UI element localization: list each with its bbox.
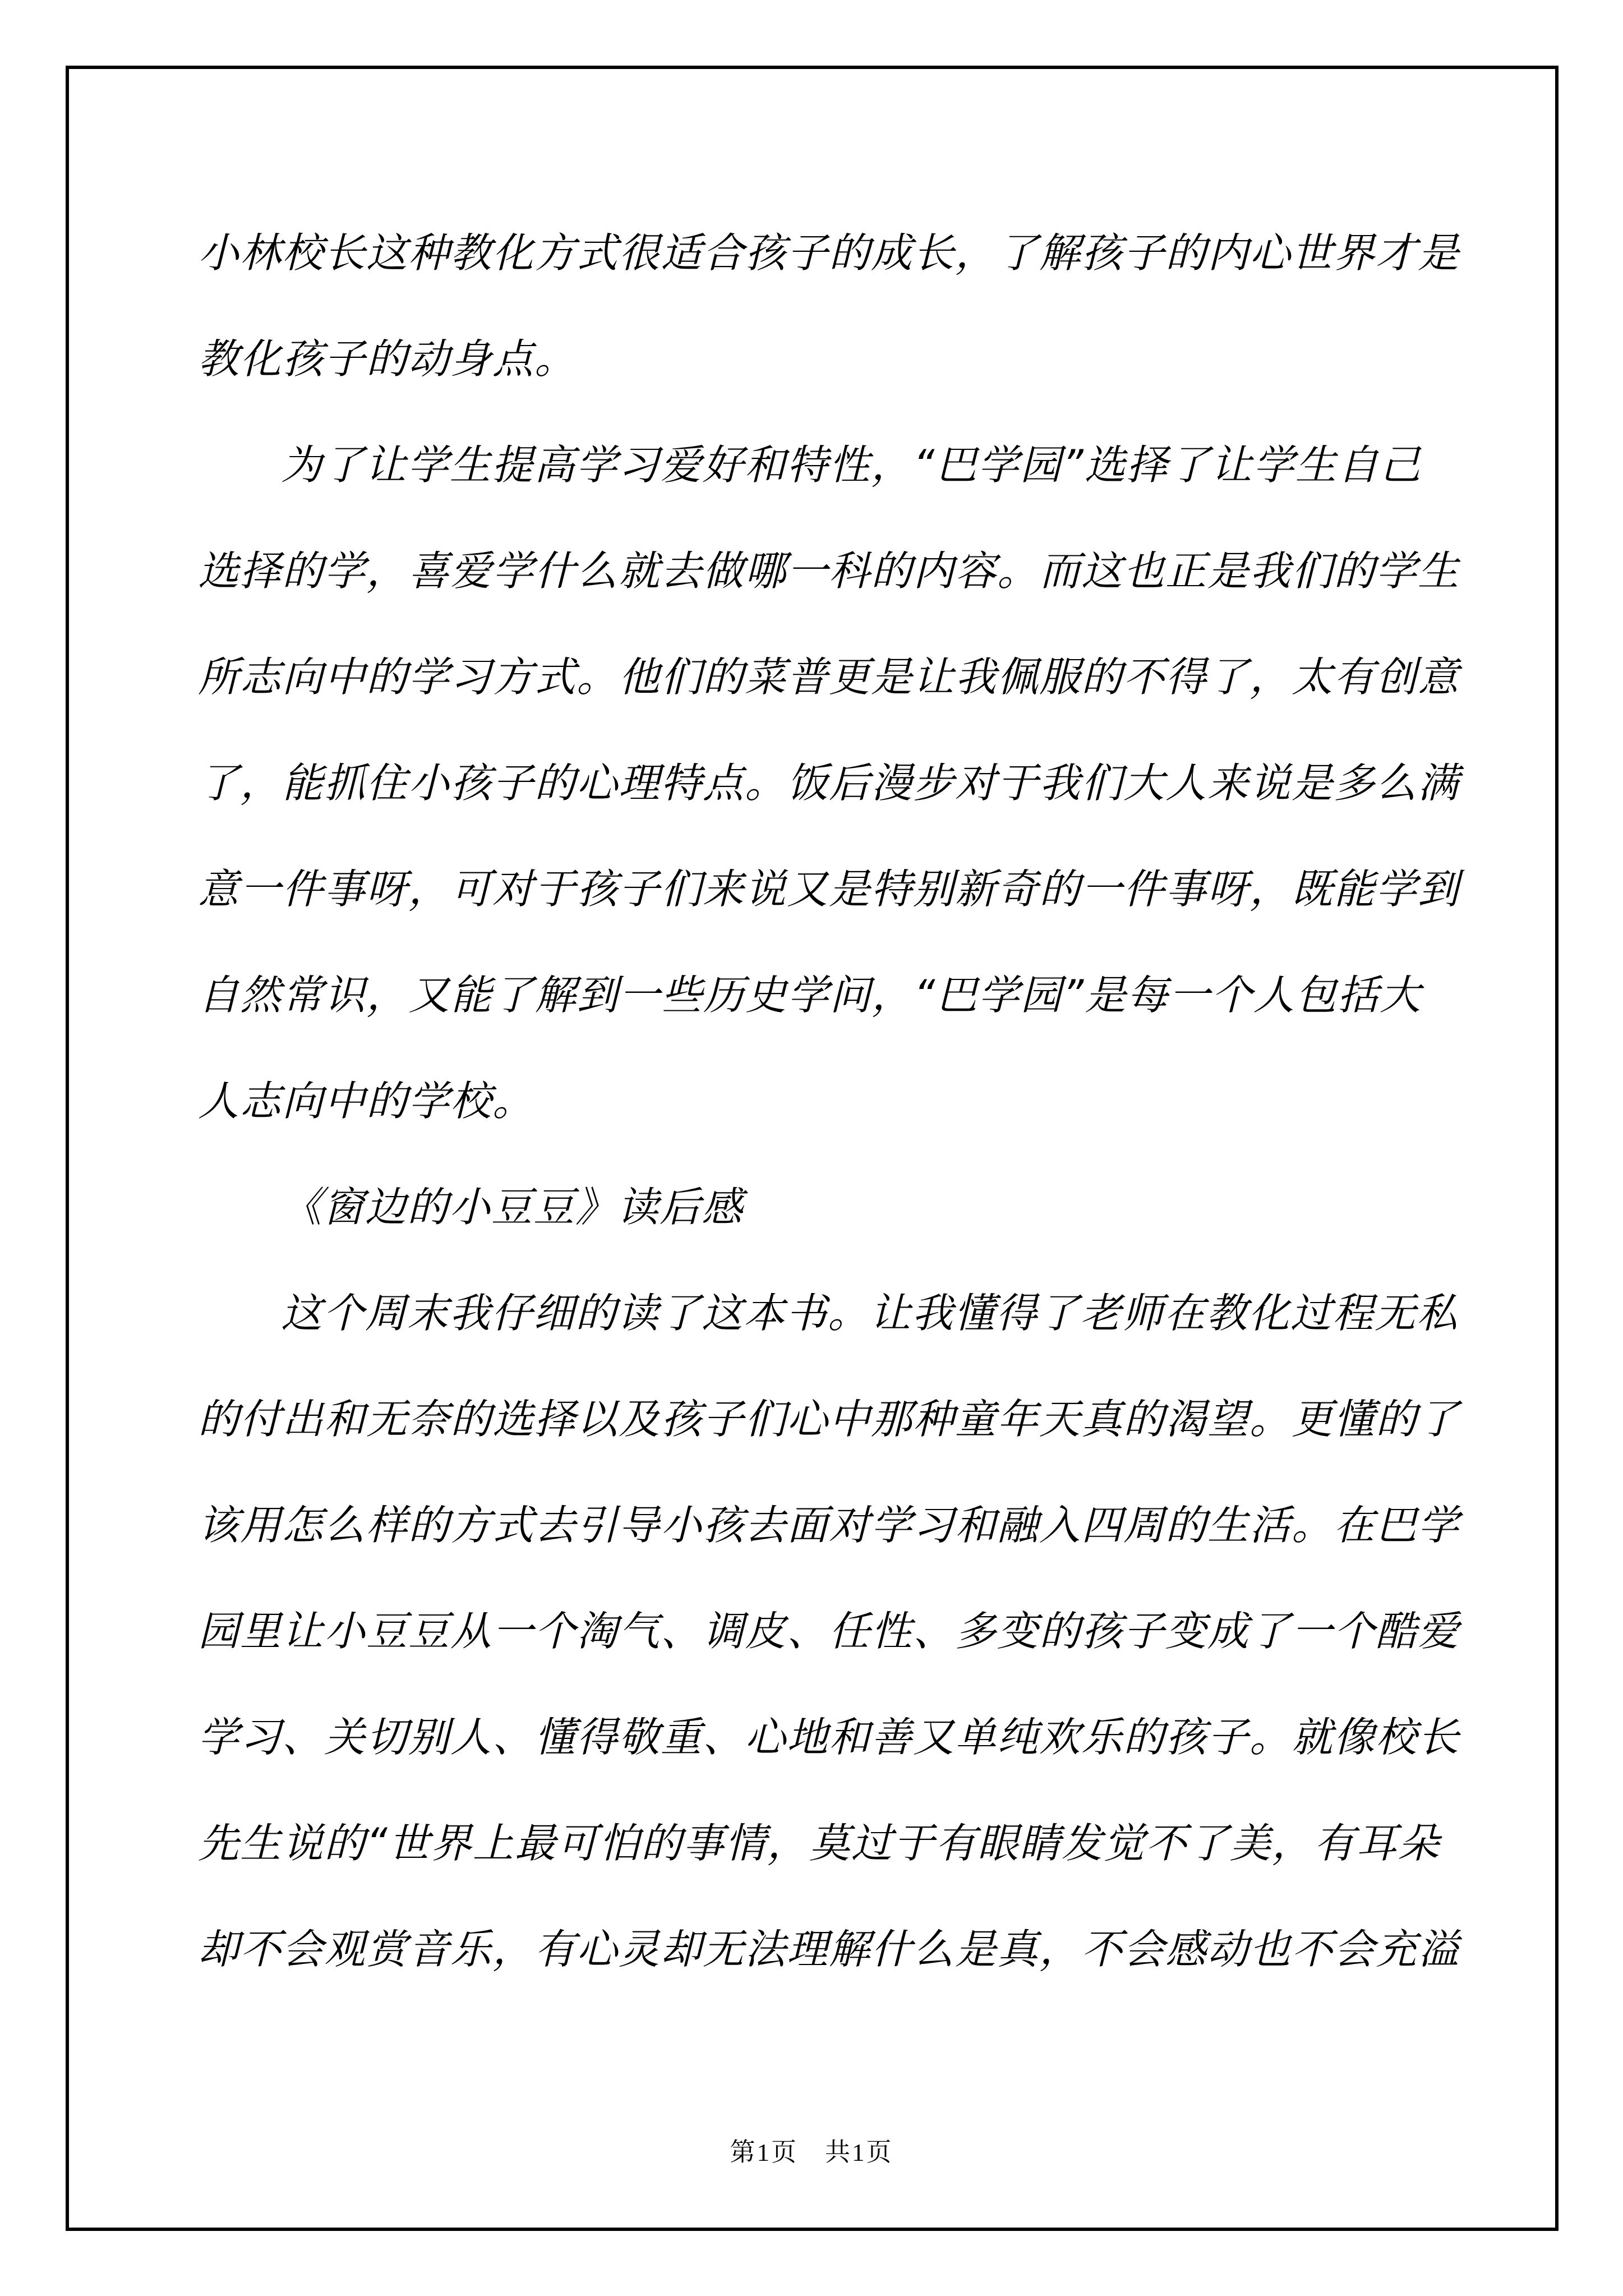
page-footer: 第1页 共1页 xyxy=(0,2132,1623,2168)
paragraph: 《窗边的小豆豆》读后感 xyxy=(198,1154,1422,1260)
text-line: 学习、关切别人、懂得敬重、心地和善又单纯欢乐的孩子。就像校长 xyxy=(198,1685,1422,1791)
text-line: 先生说的“世界上最可怕的事情，莫过于有眼睛发觉不了美，有耳朵 xyxy=(198,1791,1422,1897)
document-page: 小林校长这种教化方式很适合孩子的成长，了解孩子的内心世界才是教化孩子的动身点。为… xyxy=(0,0,1623,2296)
text-line: 所志向中的学习方式。他们的菜普更是让我佩服的不得了，太有创意 xyxy=(198,624,1422,730)
paragraph: 这个周末我仔细的读了这本书。让我懂得了老师在教化过程无私的付出和无奈的选择以及孩… xyxy=(198,1260,1422,2003)
text-line: 选择的学，喜爱学什么就去做哪一科的内容。而这也正是我们的学生 xyxy=(198,518,1422,624)
text-body: 小林校长这种教化方式很适合孩子的成长，了解孩子的内心世界才是教化孩子的动身点。为… xyxy=(198,200,1422,2003)
text-line: 了，能抓住小孩子的心理特点。饭后漫步对于我们大人来说是多么满 xyxy=(198,730,1422,836)
text-line: 人志向中的学校。 xyxy=(198,1048,1422,1154)
text-line: 这个周末我仔细的读了这本书。让我懂得了老师在教化过程无私 xyxy=(198,1260,1422,1366)
text-line: 教化孩子的动身点。 xyxy=(198,306,1422,412)
text-line: 小林校长这种教化方式很适合孩子的成长，了解孩子的内心世界才是 xyxy=(198,200,1422,306)
text-line: 该用怎么样的方式去引导小孩去面对学习和融入四周的生活。在巴学 xyxy=(198,1473,1422,1579)
paragraph: 为了让学生提高学习爱好和特性，“巴学园”选择了让学生自己选择的学，喜爱学什么就去… xyxy=(198,412,1422,1154)
text-line: 为了让学生提高学习爱好和特性，“巴学园”选择了让学生自己 xyxy=(198,412,1422,518)
text-line: 意一件事呀，可对于孩子们来说又是特别新奇的一件事呀，既能学到 xyxy=(198,836,1422,942)
text-line: 园里让小豆豆从一个淘气、调皮、任性、多变的孩子变成了一个酷爱 xyxy=(198,1579,1422,1685)
text-line: 《窗边的小豆豆》读后感 xyxy=(198,1154,1422,1260)
text-line: 却不会观赏音乐，有心灵却无法理解什么是真，不会感动也不会充溢 xyxy=(198,1897,1422,2003)
text-line: 自然常识，又能了解到一些历史学问，“巴学园”是每一个人包括大 xyxy=(198,942,1422,1048)
paragraph: 小林校长这种教化方式很适合孩子的成长，了解孩子的内心世界才是教化孩子的动身点。 xyxy=(198,200,1422,412)
text-line: 的付出和无奈的选择以及孩子们心中那种童年天真的渴望。更懂的了 xyxy=(198,1366,1422,1473)
